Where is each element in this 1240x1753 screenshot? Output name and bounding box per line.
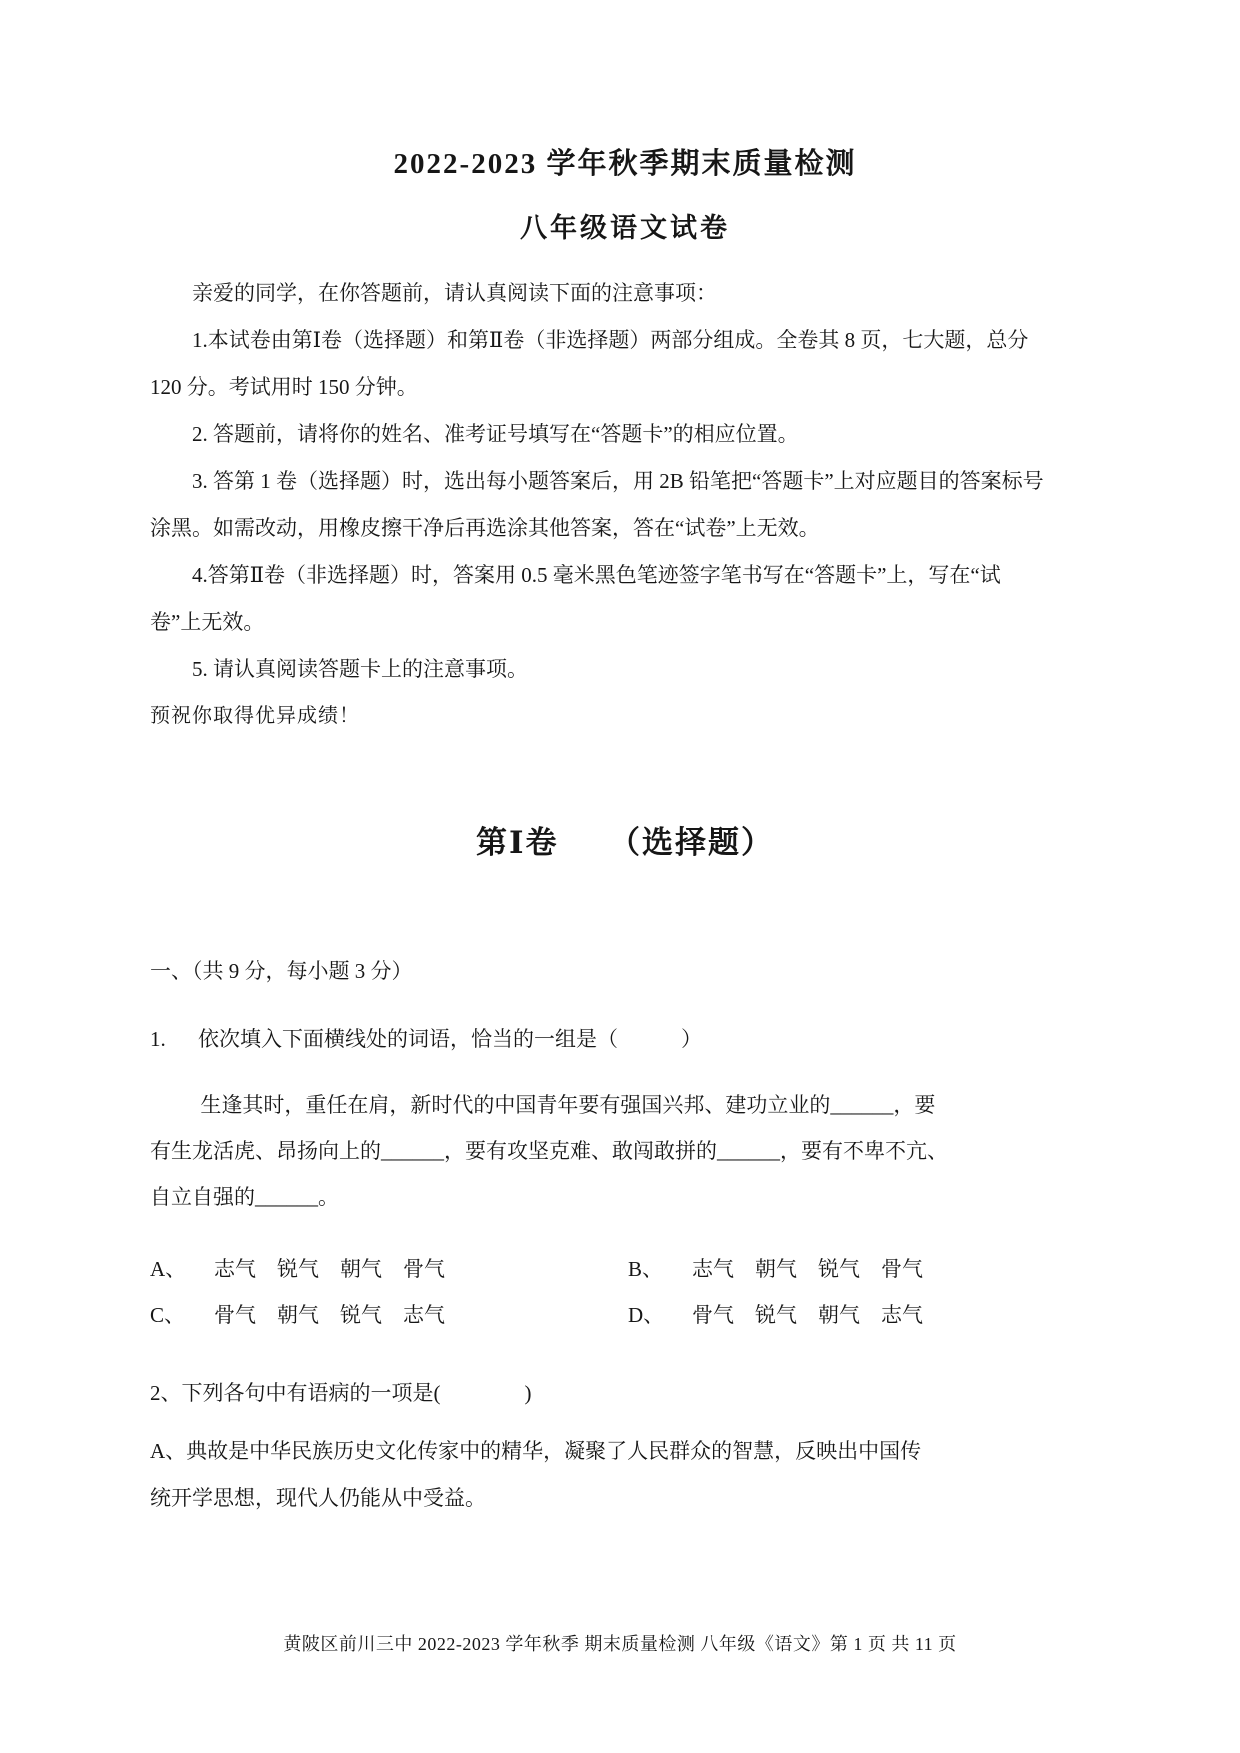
q2-option-a-line: A、典故是中华民族历史文化传家中的精华，凝聚了人民群众的智慧，反映出中国传 — [150, 1428, 1100, 1475]
section-1-heading: 第Ⅰ卷 （选择题） — [150, 820, 1100, 866]
wish-line: 预祝你取得优异成绩！ — [150, 693, 1100, 740]
exam-notice: 亲爱的同学，在你答题前，请认真阅读下面的注意事项： 1.本试卷由第Ⅰ卷（选择题）… — [150, 270, 1100, 740]
notice-line-2: 2. 答题前，请将你的姓名、准考证号填写在“答题卡”的相应位置。 — [150, 411, 1100, 458]
passage-line: 自立自强的______。 — [150, 1174, 1100, 1220]
question-1: 1.依次填入下面横线处的词语，恰当的一组是（ ） — [150, 1016, 1100, 1062]
question-1-number: 1. — [150, 1016, 198, 1062]
notice-line-4: 4.答第Ⅱ卷（非选择题）时，答案用 0.5 毫米黑色笔迹签字笔书写在“答题卡”上… — [150, 552, 1100, 599]
option-a-label: A、 — [150, 1246, 214, 1292]
notice-line-3-cont: 涂黑。如需改动，用橡皮擦干净后再选涂其他答案，答在“试卷”上无效。 — [150, 505, 1100, 552]
option-a-text: 志气 锐气 朝气 骨气 — [214, 1257, 445, 1281]
option-d: D、骨气 锐气 朝气 志气 — [628, 1292, 1100, 1338]
question-2-stem: 2、下列各句中有语病的一项是( ) — [150, 1370, 1100, 1416]
notice-line-1: 1.本试卷由第Ⅰ卷（选择题）和第Ⅱ卷（非选择题）两部分组成。全卷其 8 页，七大… — [150, 317, 1100, 364]
notice-line-5: 5. 请认真阅读答题卡上的注意事项。 — [150, 646, 1100, 693]
option-b-label: B、 — [628, 1246, 692, 1292]
option-c: C、骨气 朝气 锐气 志气 — [150, 1292, 628, 1338]
page-subtitle: 八年级语文试卷 — [150, 208, 1100, 248]
option-a: A、志气 锐气 朝气 骨气 — [150, 1246, 628, 1292]
option-d-text: 骨气 锐气 朝气 志气 — [692, 1303, 923, 1327]
notice-line-4-cont: 卷”上无效。 — [150, 599, 1100, 646]
part-one-heading: 一、（共 9 分，每小题 3 分） — [150, 948, 1100, 994]
page-footer: 黄陂区前川三中 2022-2023 学年秋季 期末质量检测 八年级《语文》第 1… — [0, 1630, 1240, 1656]
question-1-options: A、志气 锐气 朝气 骨气 B、志气 朝气 锐气 骨气 C、骨气 朝气 锐气 志… — [150, 1246, 1100, 1338]
notice-line-3: 3. 答第 1 卷（选择题）时，选出每小题答案后，用 2B 铅笔把“答题卡”上对… — [150, 458, 1100, 505]
notice-line-1-cont: 120 分。考试用时 150 分钟。 — [150, 364, 1100, 411]
question-2-option-a: A、典故是中华民族历史文化传家中的精华，凝聚了人民群众的智慧，反映出中国传 统开… — [150, 1428, 1100, 1522]
option-d-label: D、 — [628, 1292, 692, 1338]
page-content: 2022-2023 学年秋季期末质量检测 八年级语文试卷 亲爱的同学，在你答题前… — [0, 0, 1240, 1522]
option-b: B、志气 朝气 锐气 骨气 — [628, 1246, 1100, 1292]
option-c-text: 骨气 朝气 锐气 志气 — [214, 1303, 445, 1327]
notice-intro: 亲爱的同学，在你答题前，请认真阅读下面的注意事项： — [150, 270, 1100, 317]
option-b-text: 志气 朝气 锐气 骨气 — [692, 1257, 923, 1281]
exam-paper-page: 2022-2023 学年秋季期末质量检测 八年级语文试卷 亲爱的同学，在你答题前… — [0, 0, 1240, 1753]
q2-option-a-line: 统开学思想，现代人仍能从中受益。 — [150, 1475, 1100, 1522]
question-1-passage: 生逢其时，重任在肩，新时代的中国青年要有强国兴邦、建功立业的______，要 有… — [150, 1082, 1100, 1220]
option-c-label: C、 — [150, 1292, 214, 1338]
question-1-stem: 依次填入下面横线处的词语，恰当的一组是（ ） — [198, 1027, 702, 1051]
page-title: 2022-2023 学年秋季期末质量检测 — [150, 142, 1100, 186]
passage-line: 生逢其时，重任在肩，新时代的中国青年要有强国兴邦、建功立业的______，要 — [150, 1082, 1100, 1128]
passage-line: 有生龙活虎、昂扬向上的______，要有攻坚克难、敢闯敢拼的______，要有不… — [150, 1128, 1100, 1174]
